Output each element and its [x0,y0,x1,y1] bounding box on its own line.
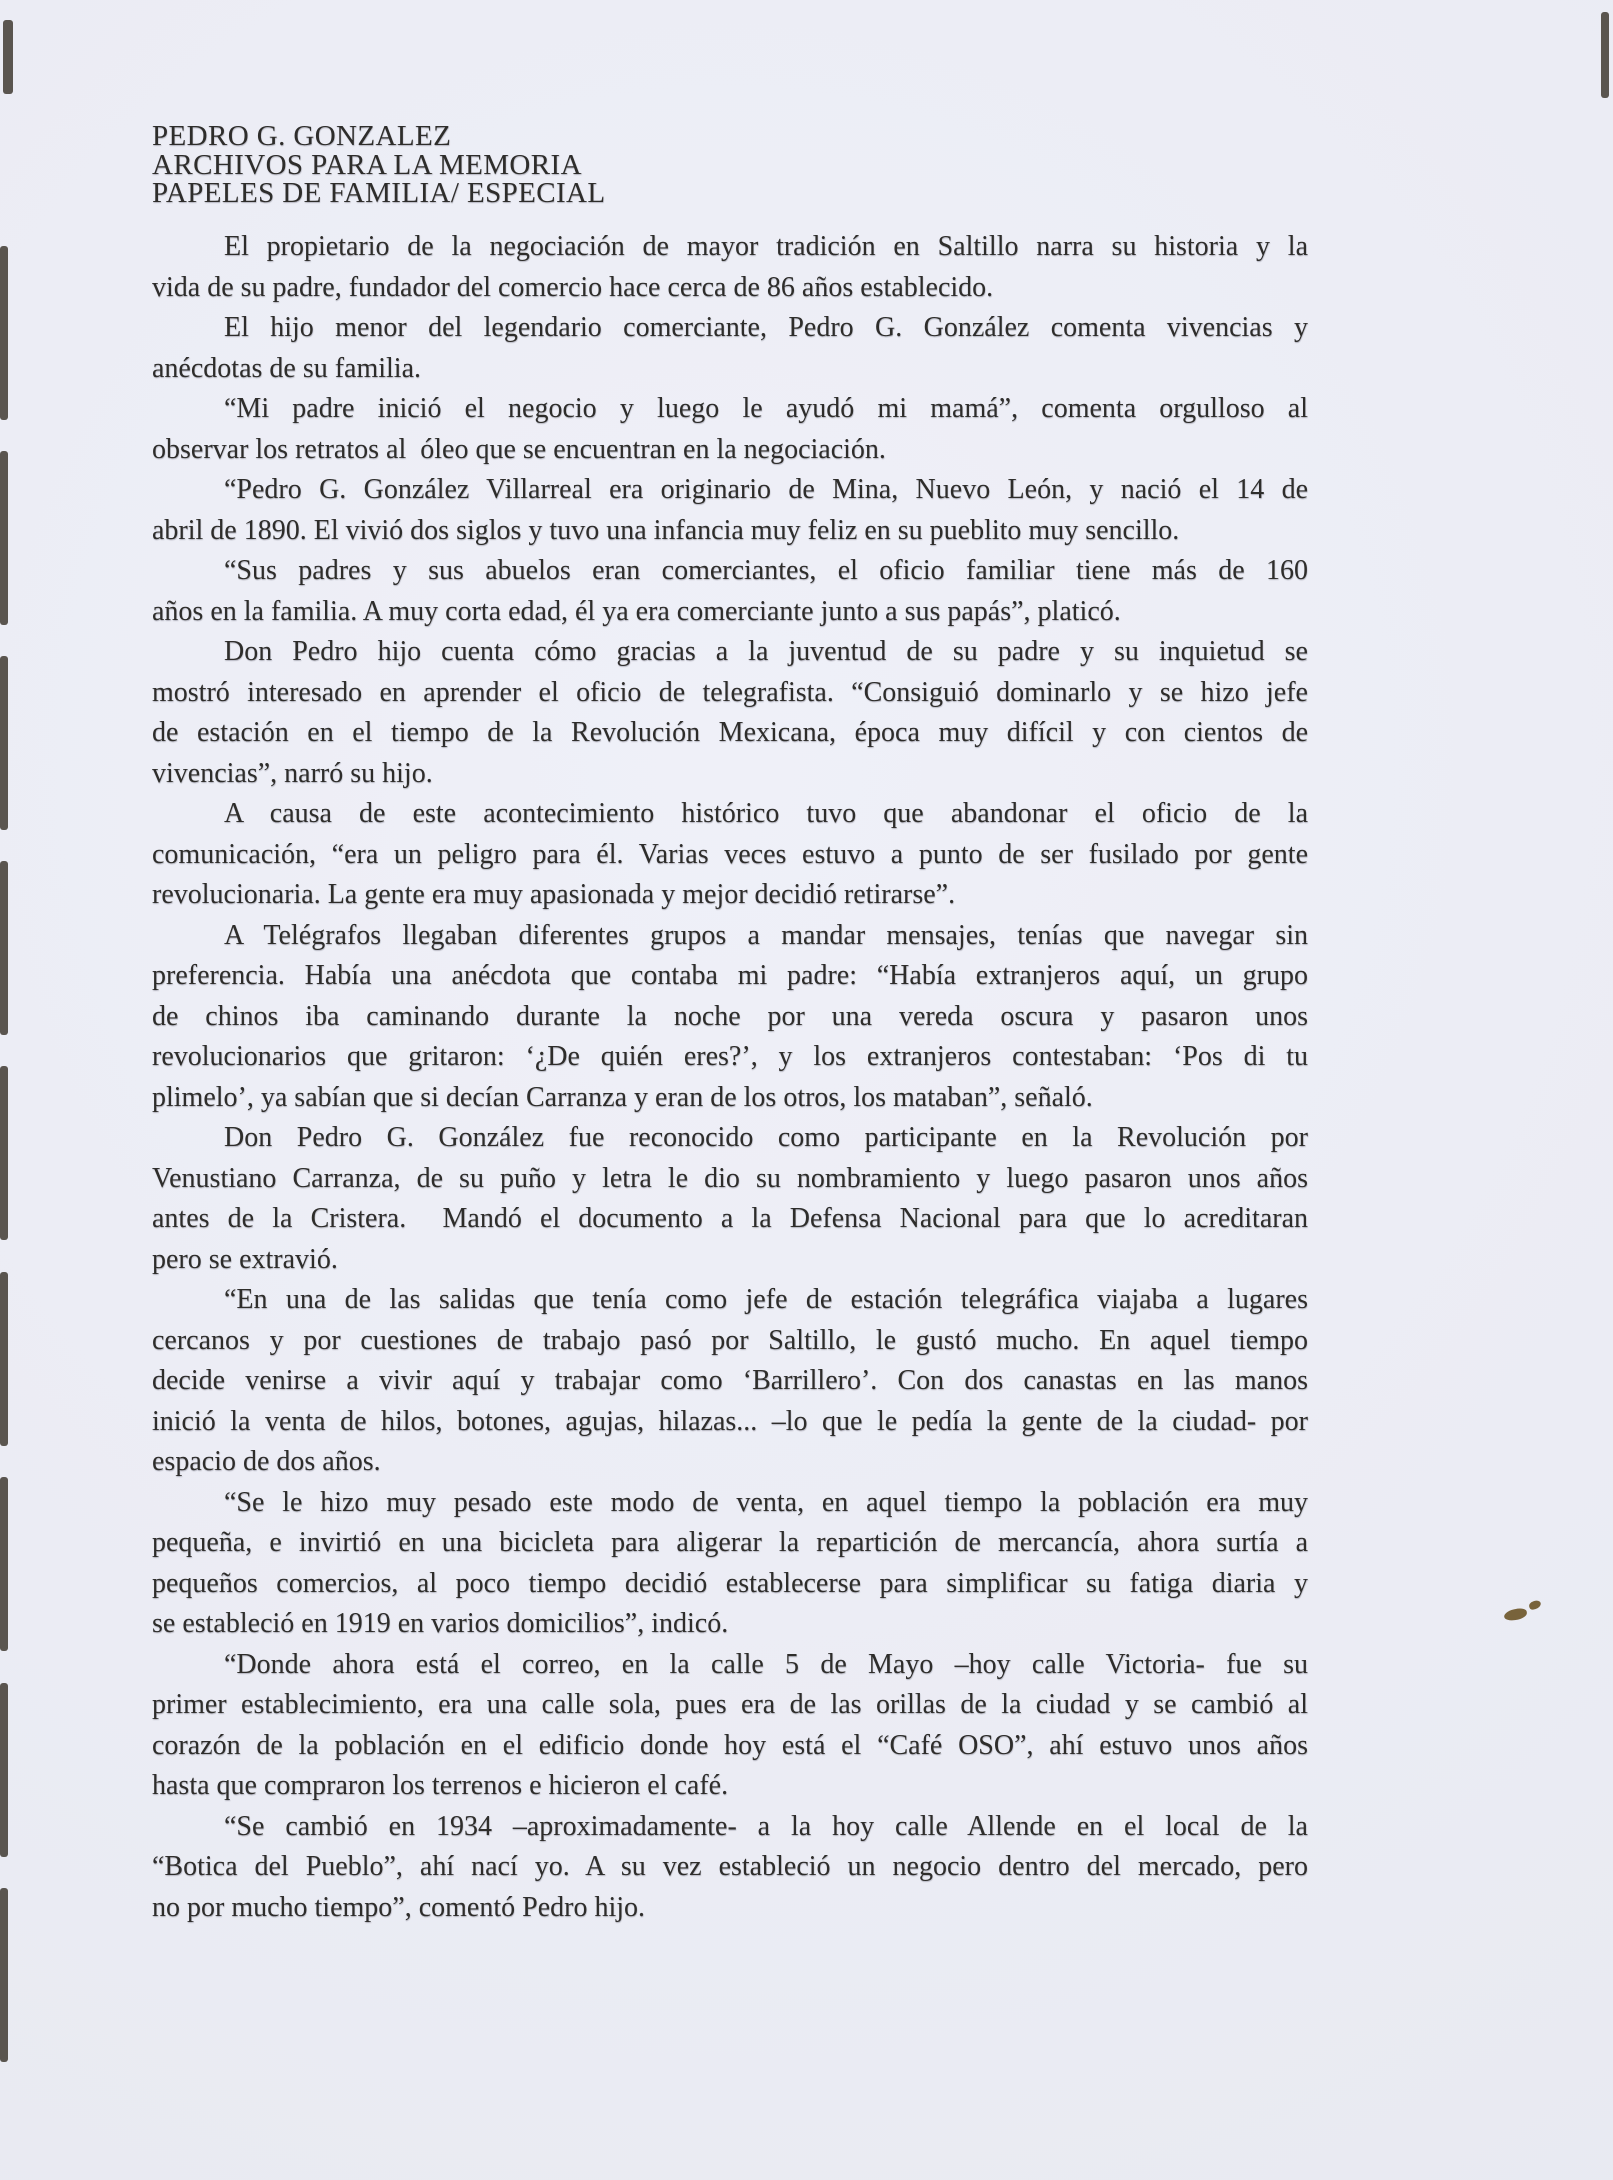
text-line: vivencias”, narró su hijo. [152,754,1308,795]
paragraph: El hijo menor del legendario comerciante… [152,308,1308,389]
text-line: “Se le hizo muy pesado este modo de vent… [152,1483,1308,1524]
paragraph: A causa de este acontecimiento histórico… [152,794,1308,916]
text-line: “Mi padre inició el negocio y luego le a… [152,389,1308,430]
text-line: observar los retratos al óleo que se enc… [152,430,1308,471]
text-line: El propietario de la negociación de mayo… [152,227,1308,268]
scanned-document: { "page": { "paper_color": "#ebecf4", "i… [0,0,1613,2180]
scan-edge-mark [0,1888,8,2062]
text-line: A causa de este acontecimiento histórico… [152,794,1308,835]
ink-blot-mark [1503,1607,1527,1621]
text-line: años en la familia. A muy corta edad, él… [152,592,1308,633]
text-line: “Sus padres y sus abuelos eran comercian… [152,551,1308,592]
paragraph: El propietario de la negociación de mayo… [152,227,1308,308]
text-line: cercanos y por cuestiones de trabajo pas… [152,1321,1308,1362]
text-line: abril de 1890. El vivió dos siglos y tuv… [152,511,1308,552]
scan-edge-mark [0,861,8,1035]
text-line: “Pedro G. González Villarreal era origin… [152,470,1308,511]
text-line: Don Pedro G. González fue reconocido com… [152,1118,1308,1159]
text-line: preferencia. Había una anécdota que cont… [152,956,1308,997]
text-line: A Telégrafos llegaban diferentes grupos … [152,916,1308,957]
text-line: de estación en el tiempo de la Revolució… [152,713,1308,754]
text-line: plimelo’, ya sabían que si decían Carran… [152,1078,1308,1119]
paper-background: PEDRO G. GONZALEZ ARCHIVOS PARA LA MEMOR… [0,0,1613,2180]
document-header: PEDRO G. GONZALEZ ARCHIVOS PARA LA MEMOR… [152,122,606,208]
text-line: pero se extravió. [152,1240,1308,1281]
paragraph: “Se cambió en 1934 –aproximadamente- a l… [152,1807,1308,1929]
header-line-author: PEDRO G. GONZALEZ [152,122,606,151]
text-line: Venustiano Carranza, de su puño y letra … [152,1159,1308,1200]
text-line: “Se cambió en 1934 –aproximadamente- a l… [152,1807,1308,1848]
paragraph: “Sus padres y sus abuelos eran comercian… [152,551,1308,632]
paragraph: Don Pedro hijo cuenta cómo gracias a la … [152,632,1308,794]
text-line: revolucionaria. La gente era muy apasion… [152,875,1308,916]
text-line: de chinos iba caminando durante la noche… [152,997,1308,1038]
header-line-section: PAPELES DE FAMILIA/ ESPECIAL [152,179,606,208]
header-line-archive: ARCHIVOS PARA LA MEMORIA [152,151,606,180]
text-line: inició la venta de hilos, botones, aguja… [152,1402,1308,1443]
text-line: “En una de las salidas que tenía como je… [152,1280,1308,1321]
paragraph: “Pedro G. González Villarreal era origin… [152,470,1308,551]
scan-edge-mark [1601,12,1609,98]
text-line: se estableció en 1919 en varios domicili… [152,1604,1308,1645]
text-line: “Donde ahora está el correo, en la calle… [152,1645,1308,1686]
scan-edge-mark [0,1272,8,1446]
paragraph: “En una de las salidas que tenía como je… [152,1280,1308,1483]
scan-edge-mark [0,656,8,830]
scan-edge-mark [0,1477,8,1651]
scan-edge-mark [3,20,13,94]
ink-blot-mark [1528,1599,1542,1610]
text-line: “Botica del Pueblo”, ahí nací yo. A su v… [152,1847,1308,1888]
text-line: anécdotas de su familia. [152,349,1308,390]
text-line: no por mucho tiempo”, comentó Pedro hijo… [152,1888,1308,1929]
text-line: vida de su padre, fundador del comercio … [152,268,1308,309]
text-line: antes de la Cristera. Mandó el documento… [152,1199,1308,1240]
text-line: corazón de la población en el edificio d… [152,1726,1308,1767]
text-line: revolucionarios que gritaron: ‘¿De quién… [152,1037,1308,1078]
text-line: primer establecimiento, era una calle so… [152,1685,1308,1726]
text-line: Don Pedro hijo cuenta cómo gracias a la … [152,632,1308,673]
text-line: espacio de dos años. [152,1442,1308,1483]
paragraph: Don Pedro G. González fue reconocido com… [152,1118,1308,1280]
text-line: comunicación, “era un peligro para él. V… [152,835,1308,876]
scan-edge-mark [0,1066,8,1240]
text-line: hasta que compraron los terrenos e hicie… [152,1766,1308,1807]
text-line: pequeños comercios, al poco tiempo decid… [152,1564,1308,1605]
scan-edge-mark [0,1683,8,1857]
scan-edge-mark [0,451,8,625]
paragraph: “Mi padre inició el negocio y luego le a… [152,389,1308,470]
text-line: El hijo menor del legendario comerciante… [152,308,1308,349]
paragraph: A Telégrafos llegaban diferentes grupos … [152,916,1308,1119]
text-line: decide venirse a vivir aquí y trabajar c… [152,1361,1308,1402]
article-body: El propietario de la negociación de mayo… [152,227,1308,1928]
paragraph: “Donde ahora está el correo, en la calle… [152,1645,1308,1807]
paragraph: “Se le hizo muy pesado este modo de vent… [152,1483,1308,1645]
scan-edge-mark [0,246,8,420]
text-line: pequeña, e invirtió en una bicicleta par… [152,1523,1308,1564]
text-line: mostró interesado en aprender el oficio … [152,673,1308,714]
